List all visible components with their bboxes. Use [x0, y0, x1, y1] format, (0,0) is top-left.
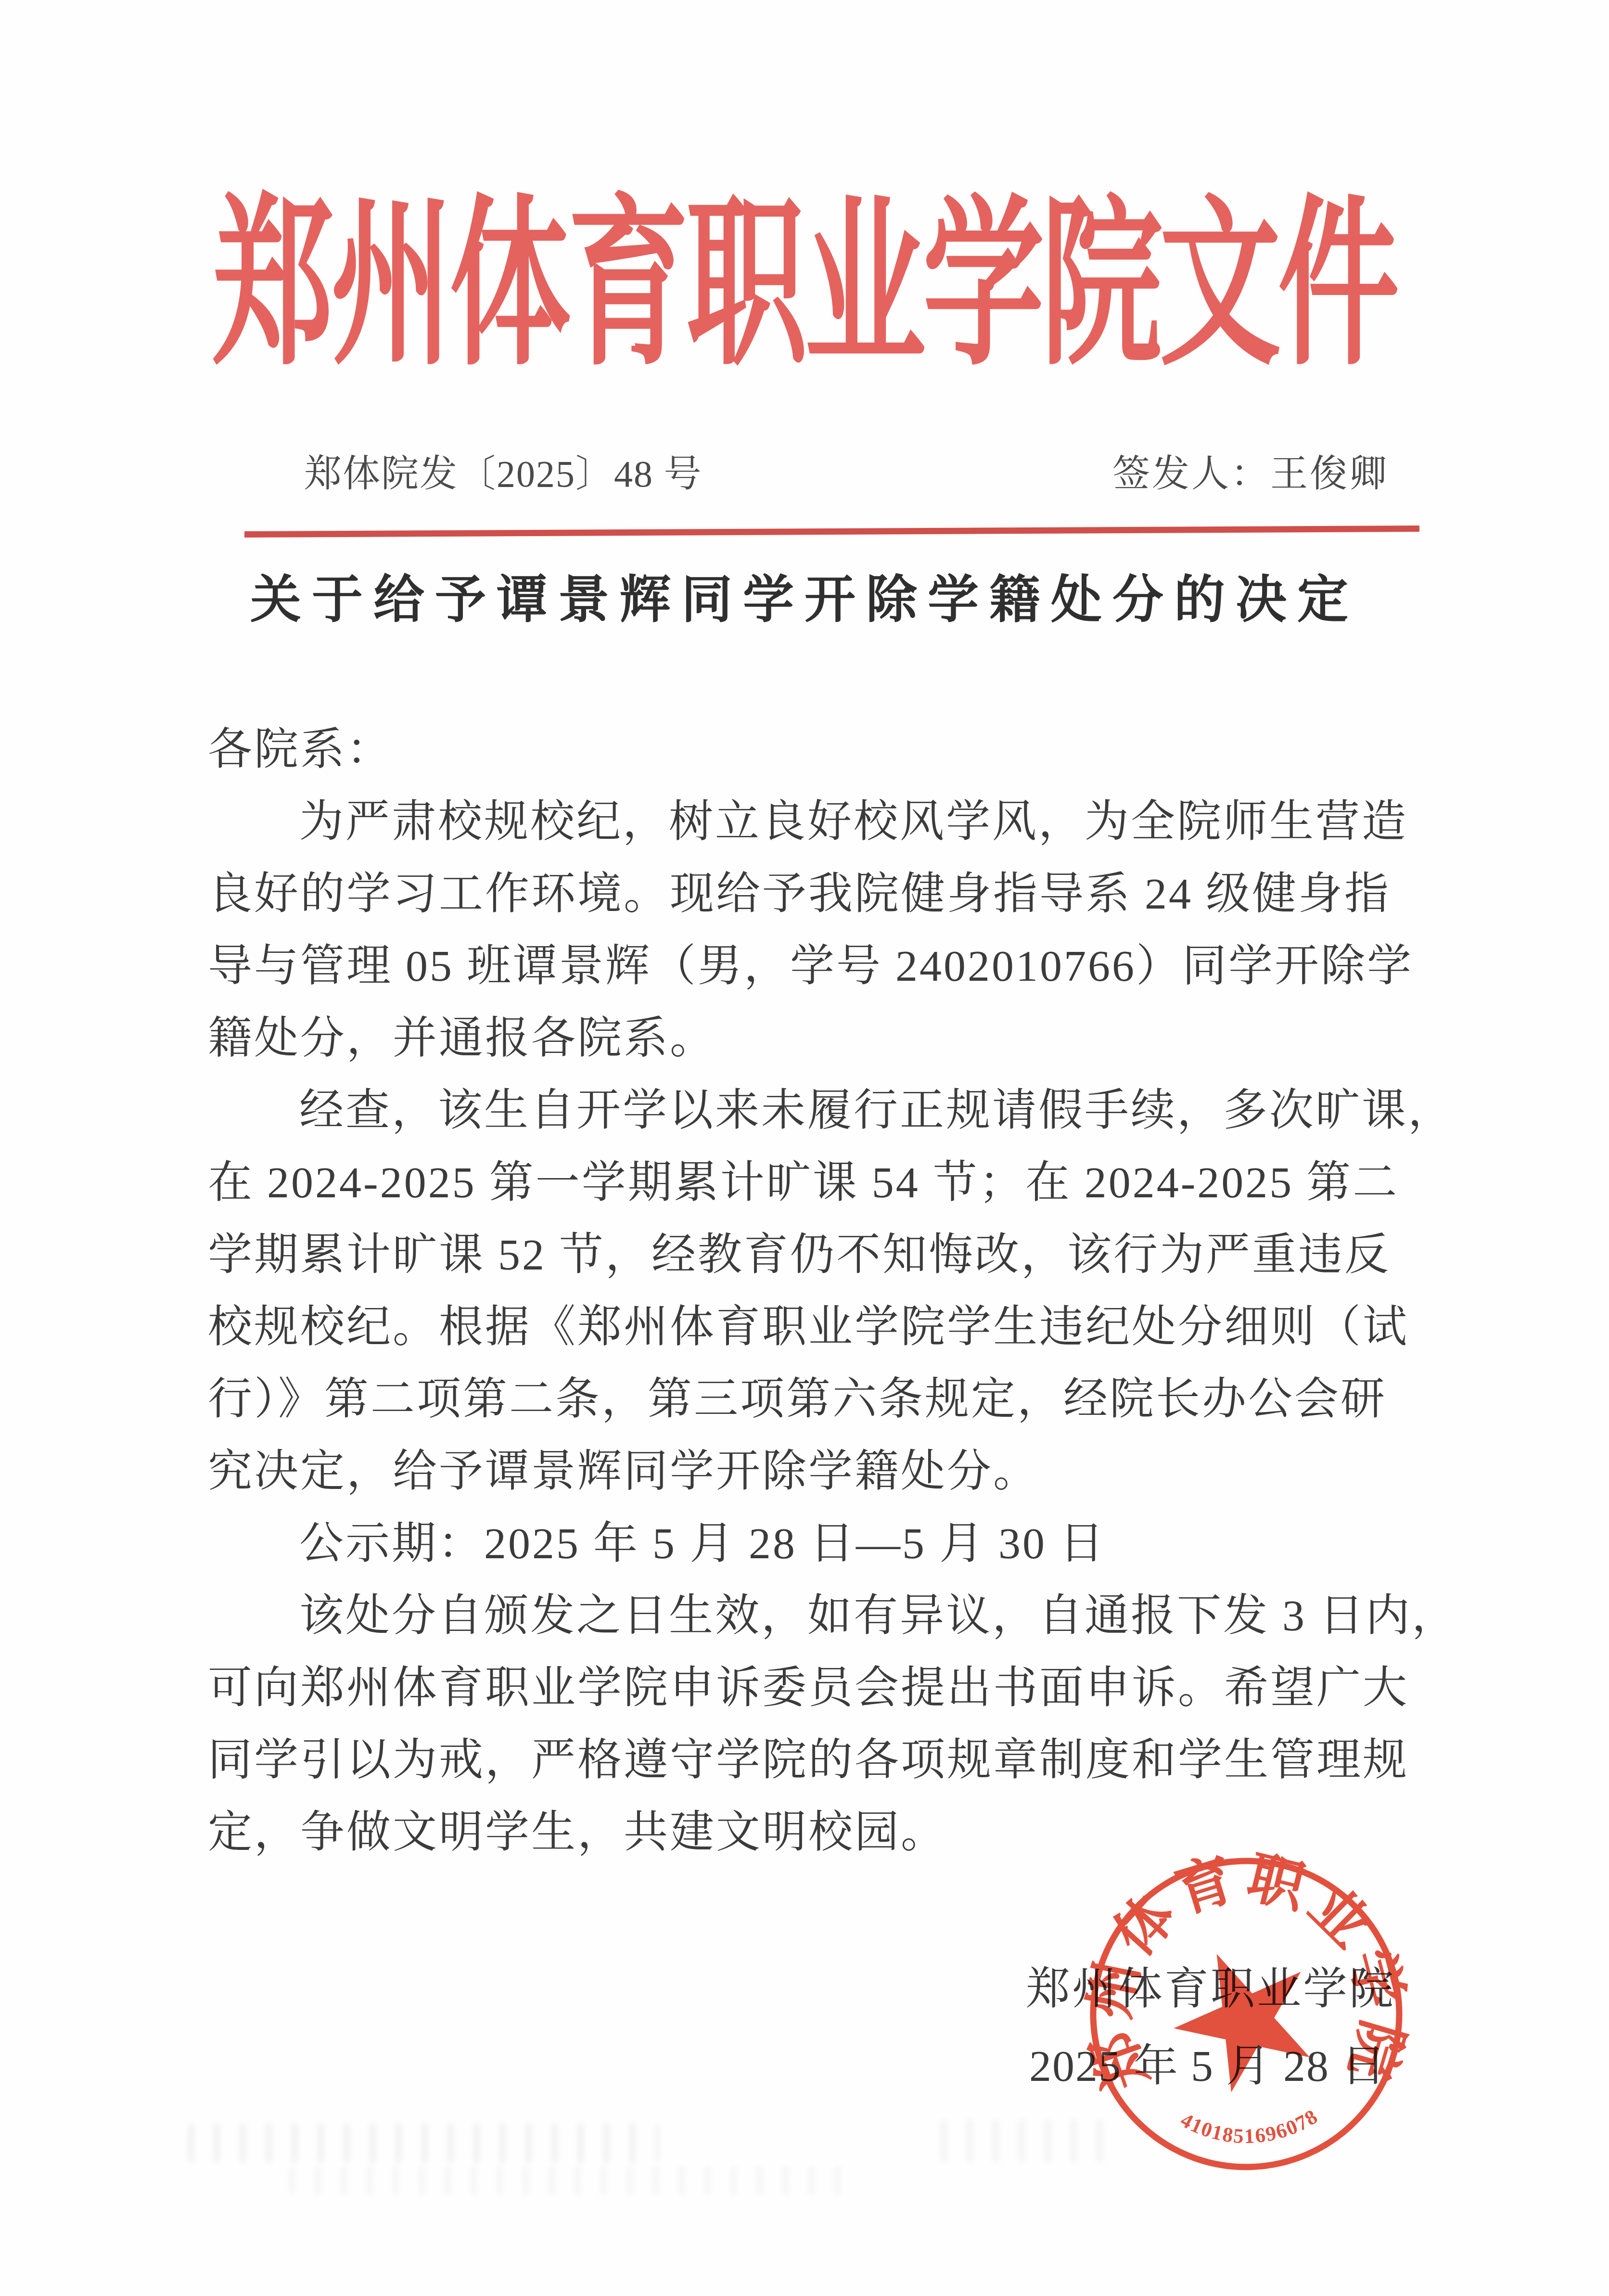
scanned-official-document: 郑州体育职业学院文件 郑体院发〔2025〕48 号 签发人：王俊卿 关于给予谭景… — [0, 0, 1609, 2296]
bleedthrough-artifact — [289, 2167, 852, 2194]
body-line: 经查，该生自开学以来未履行正规请假手续，多次旷课， — [208, 1074, 1411, 1146]
document-body: 各院系： 为严肃校规校纪，树立良好校风学风，为全院师生营造 良好的学习工作环境。… — [208, 713, 1411, 1868]
body-line: 公示期：2025 年 5 月 28 日—5 月 30 日 — [208, 1507, 1411, 1579]
body-line: 行）》第二项第二条，第三项第六条规定，经院长办公会研 — [208, 1363, 1411, 1435]
svg-text:4101851696078: 4101851696078 — [1176, 2104, 1323, 2150]
red-divider-rule — [244, 526, 1419, 538]
body-line: 究决定，给予谭景辉同学开除学籍处分。 — [208, 1435, 1411, 1507]
document-number: 郑体院发〔2025〕48 号 — [304, 444, 702, 498]
body-line: 可向郑州体育职业学院申诉委员会提出书面申诉。希望广大 — [208, 1652, 1411, 1724]
body-line: 同学引以为戒，严格遵守学院的各项规章制度和学生管理规 — [208, 1724, 1411, 1796]
body-line: 各院系： — [208, 713, 1411, 785]
seal-star-icon — [1153, 1925, 1334, 2103]
masthead-title: 郑州体育职业学院文件 — [0, 195, 1609, 377]
body-line: 学期累计旷课 52 节，经教育仍不知悔改，该行为严重违反 — [208, 1219, 1411, 1291]
document-title: 关于给予谭景辉同学开除学籍处分的决定 — [0, 569, 1609, 631]
bleedthrough-artifact — [941, 2120, 1114, 2162]
body-line: 导与管理 05 班谭景辉（男，学号 2402010766）同学开除学 — [208, 930, 1411, 1002]
issuer-name: 签发人：王俊卿 — [1112, 444, 1389, 498]
body-line: 为严肃校规校纪，树立良好校风学风，为全院师生营造 — [208, 785, 1411, 858]
body-line: 籍处分，并通报各院系。 — [208, 1002, 1411, 1074]
body-line: 该处分自颁发之日生效，如有异议，自通报下发 3 日内， — [208, 1579, 1411, 1652]
bleedthrough-artifact — [188, 2123, 659, 2163]
body-line: 良好的学习工作环境。现给予我院健身指导系 24 级健身指 — [208, 858, 1411, 930]
document-meta-row: 郑体院发〔2025〕48 号 签发人：王俊卿 — [0, 444, 1609, 497]
seal-serial-number: 4101851696078 — [1176, 2104, 1323, 2150]
body-line: 校规校纪。根据《郑州体育职业学院学生违纪处分细则（试 — [208, 1291, 1411, 1363]
body-line: 在 2024-2025 第一学期累计旷课 54 节；在 2024-2025 第二 — [208, 1146, 1411, 1219]
official-seal-stamp: 郑州体育职业学院 4101851696078 — [1071, 1839, 1421, 2189]
